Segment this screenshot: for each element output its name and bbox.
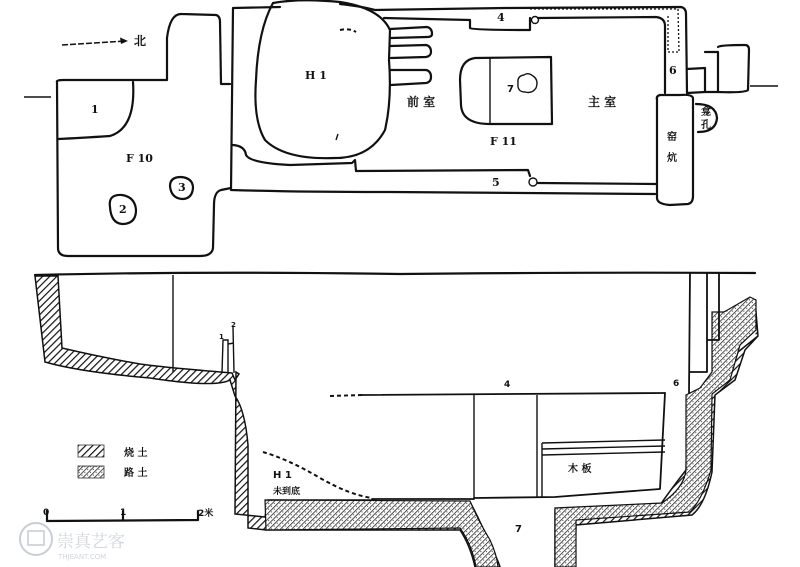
floor-line-4 [330, 395, 362, 396]
wall-5-label: 5 [492, 176, 500, 189]
main-room-label: 主 室 [588, 94, 616, 109]
front-room-label: 前 室 [407, 94, 435, 109]
scale-tick-0: 0 [43, 508, 49, 518]
niche-label-1: 龛 [701, 105, 711, 118]
watermark-logo-icon [20, 523, 52, 555]
section-mark-1: 1 [219, 333, 224, 341]
wall-6-label: 6 [669, 64, 677, 77]
f10-label: F 10 [126, 152, 153, 165]
north-label: 北 [134, 34, 146, 48]
kiln-kang-label-2: 炕 [666, 151, 677, 164]
ground-line [35, 273, 755, 275]
wood-board-label: 木 板 [568, 462, 591, 475]
section-pit-7-label: 7 [515, 524, 522, 535]
hearth-7-label: 7 [507, 84, 514, 95]
legend-swatch-trodden-earth [78, 466, 104, 478]
legend: 烧 土 路 土 [78, 445, 147, 479]
inner-wall-main [538, 17, 665, 93]
entry-structure [687, 45, 749, 93]
legend-swatch-burnt-earth [78, 445, 104, 457]
central-column [474, 395, 537, 498]
kiln-floor [474, 393, 665, 498]
kiln-kang-label-1: 窑 [667, 130, 677, 143]
h1-label: H 1 [305, 69, 327, 82]
f10-outline [57, 14, 231, 256]
pit-1-label: 1 [91, 103, 99, 116]
dotted-trace-6 [530, 9, 679, 52]
section-mark-2: 2 [231, 321, 236, 329]
pit-3-label: 3 [178, 181, 186, 194]
scale-bar: 0 1 2米 [43, 507, 213, 521]
scale-tick-1: 1 [120, 508, 126, 518]
niche-label-2: 孔 [701, 118, 711, 131]
step-1 [390, 27, 432, 38]
north-arrow: 北 [62, 34, 146, 48]
f11-label: F 11 [490, 135, 517, 148]
plan-view: 北 1 F 10 2 3 4 6 5 H 1 [24, 0, 778, 256]
h1-not-reached-bottom-label: 未到底 [273, 485, 300, 497]
watermark: 崇真艺客 THJEANT.COM [20, 523, 125, 561]
floor-line-4-solid [362, 393, 665, 395]
soil-right-fill [555, 297, 756, 567]
legend-label-trodden-earth: 路 土 [123, 466, 147, 479]
section-view: 1 2 4 6 木 板 H 1 未到底 7 [35, 273, 758, 567]
soil-center-bottom [265, 500, 498, 567]
pit-2-label: 2 [119, 203, 127, 216]
step-2 [390, 45, 431, 58]
h1-section-label: H 1 [273, 470, 292, 481]
site-plan-and-section-drawing: 北 1 F 10 2 3 4 6 5 H 1 [0, 0, 800, 567]
watermark-subtext: THJEANT.COM [57, 553, 106, 561]
watermark-text: 崇真艺客 [57, 532, 125, 552]
legend-label-burnt-earth: 烧 土 [124, 446, 147, 459]
hearth-7-outline [460, 57, 552, 124]
section-wall-4-label: 4 [504, 380, 510, 390]
scale-tick-2: 2米 [198, 507, 213, 519]
wall-4-label: 4 [497, 11, 505, 24]
wall-5-inner [538, 183, 656, 184]
section-wall-6-label: 6 [673, 379, 679, 389]
step-3 [390, 70, 431, 85]
hearth-7-stone [518, 74, 537, 93]
